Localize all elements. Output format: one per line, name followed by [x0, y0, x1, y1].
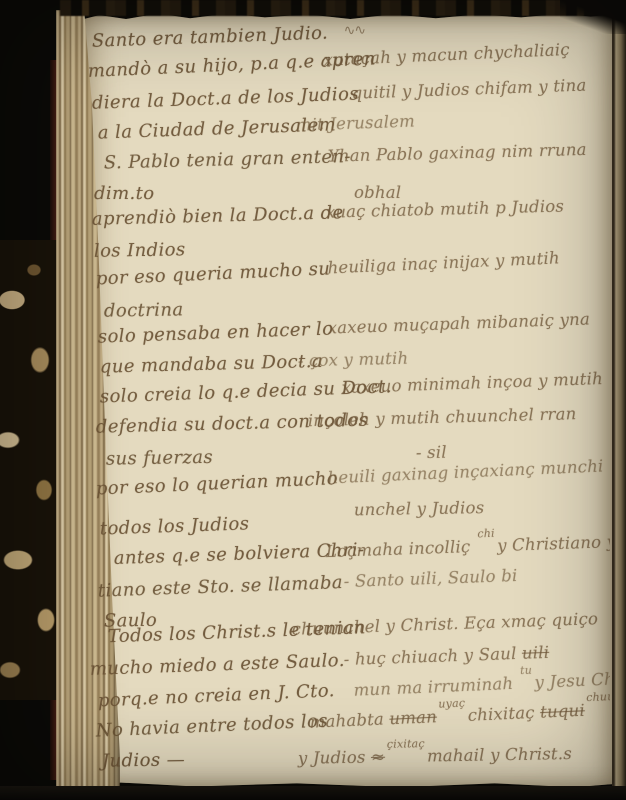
spanish-text: los Indios [94, 240, 186, 261]
book-cover-marbled [0, 240, 62, 700]
translation-segment: y Jesu Christo [534, 668, 610, 692]
translation-text: - sil [416, 444, 447, 463]
translation-segment: - çox y mutih [298, 349, 409, 371]
translation-segment: - sil [416, 443, 447, 463]
spanish-text: porq.e no creia en J. Cto. [97, 681, 335, 711]
translation-text: inçoleh y mutih chuunchel rran [308, 405, 577, 430]
translation-segment: - Santo uili, Saulo bi [343, 566, 517, 591]
struck-word: uili [522, 643, 550, 663]
translation-text: quitil y Judios chifam y tina [351, 77, 586, 103]
spanish-text: sus fuerzas [106, 448, 213, 470]
spanish-text: mucho miedo a este Saulo. [90, 651, 346, 680]
translation-text: mit Jerusalem [295, 113, 415, 135]
translation-segment: obhal [354, 183, 401, 202]
translation-segment: y Judios [298, 748, 371, 768]
spanish-text: Santo era tambien Judio. [92, 24, 329, 52]
translation-text: - çox y mutih [298, 350, 409, 371]
translation-segment: chixitaç [467, 703, 540, 725]
translation-text: xuaç chiatob mutih p Judios [326, 197, 565, 221]
spanish-text: que mandaba su Doct.a [100, 352, 324, 378]
spanish-text: S. Pablo tenia gran enten- [104, 147, 352, 173]
translation-text: Yhan Pablo gaxinag nim rruna [328, 141, 587, 166]
manuscript-photo: Santo era tambien Judio.∿∿mandò a su hij… [0, 0, 626, 800]
translation-segment: mun ma irruminah [353, 674, 519, 700]
translation-text: y Judios ≈çixitaçmahail y Christ.s [298, 744, 572, 768]
struck-word: tuqui [540, 701, 586, 722]
adjacent-page-edge [612, 0, 626, 800]
spanish-text: dim.to [94, 184, 155, 204]
translation-segment: Loçmaha incolliç [325, 537, 476, 561]
translation-segment: Yhan Pablo gaxinag nim rruna [328, 140, 587, 166]
manuscript-line: Judios —y Judios ≈çixitaçmahail y Christ… [86, 743, 610, 778]
spanish-text: tiano este Sto. se llamaba [98, 573, 344, 601]
interlinear-insertion: chuunchel [586, 689, 610, 705]
translation-segment: inçoleh y mutih chuunchel rran [308, 404, 577, 430]
photo-corner-shadow [560, 0, 626, 34]
spanish-text: todos los Judios [100, 514, 250, 539]
translation-segment: y Christiano y [497, 532, 610, 555]
book-bottom-edge [0, 786, 626, 800]
translation-segment: mahail y Christ.s [427, 744, 572, 766]
spanish-text: diera la Doct.a de los Judios [92, 84, 360, 113]
interlinear-insertion: tu [520, 664, 532, 678]
interlinear-insertion: uyaç [438, 696, 465, 710]
interlinear-insertion: chi [477, 527, 495, 541]
translation-segment: mahabta [309, 709, 390, 731]
struck-word: uman [389, 707, 437, 728]
struck-word: ≈ [371, 747, 385, 766]
manuscript-text: Santo era tambien Judio.∿∿mandò a su hij… [86, 12, 610, 788]
interlinear-insertion: çixitaç [387, 737, 425, 751]
flourish-mark: ∿∿ [343, 22, 365, 39]
spanish-text: aprendiò bien la Doct.a de [92, 203, 344, 229]
spanish-text: doctrina [104, 300, 184, 321]
translation-text: - Santo uili, Saulo bi [343, 567, 517, 591]
translation-segment: - huç chiuach y Saul [343, 644, 522, 669]
translation-text: obhal [354, 184, 401, 202]
spanish-text: Judios — [102, 750, 185, 771]
translation-segment: quitil y Judios chifam y tina [351, 76, 586, 103]
translation-text: - huç chiuach y Saul uili [343, 644, 549, 669]
translation-segment: mit Jerusalem [295, 112, 415, 135]
